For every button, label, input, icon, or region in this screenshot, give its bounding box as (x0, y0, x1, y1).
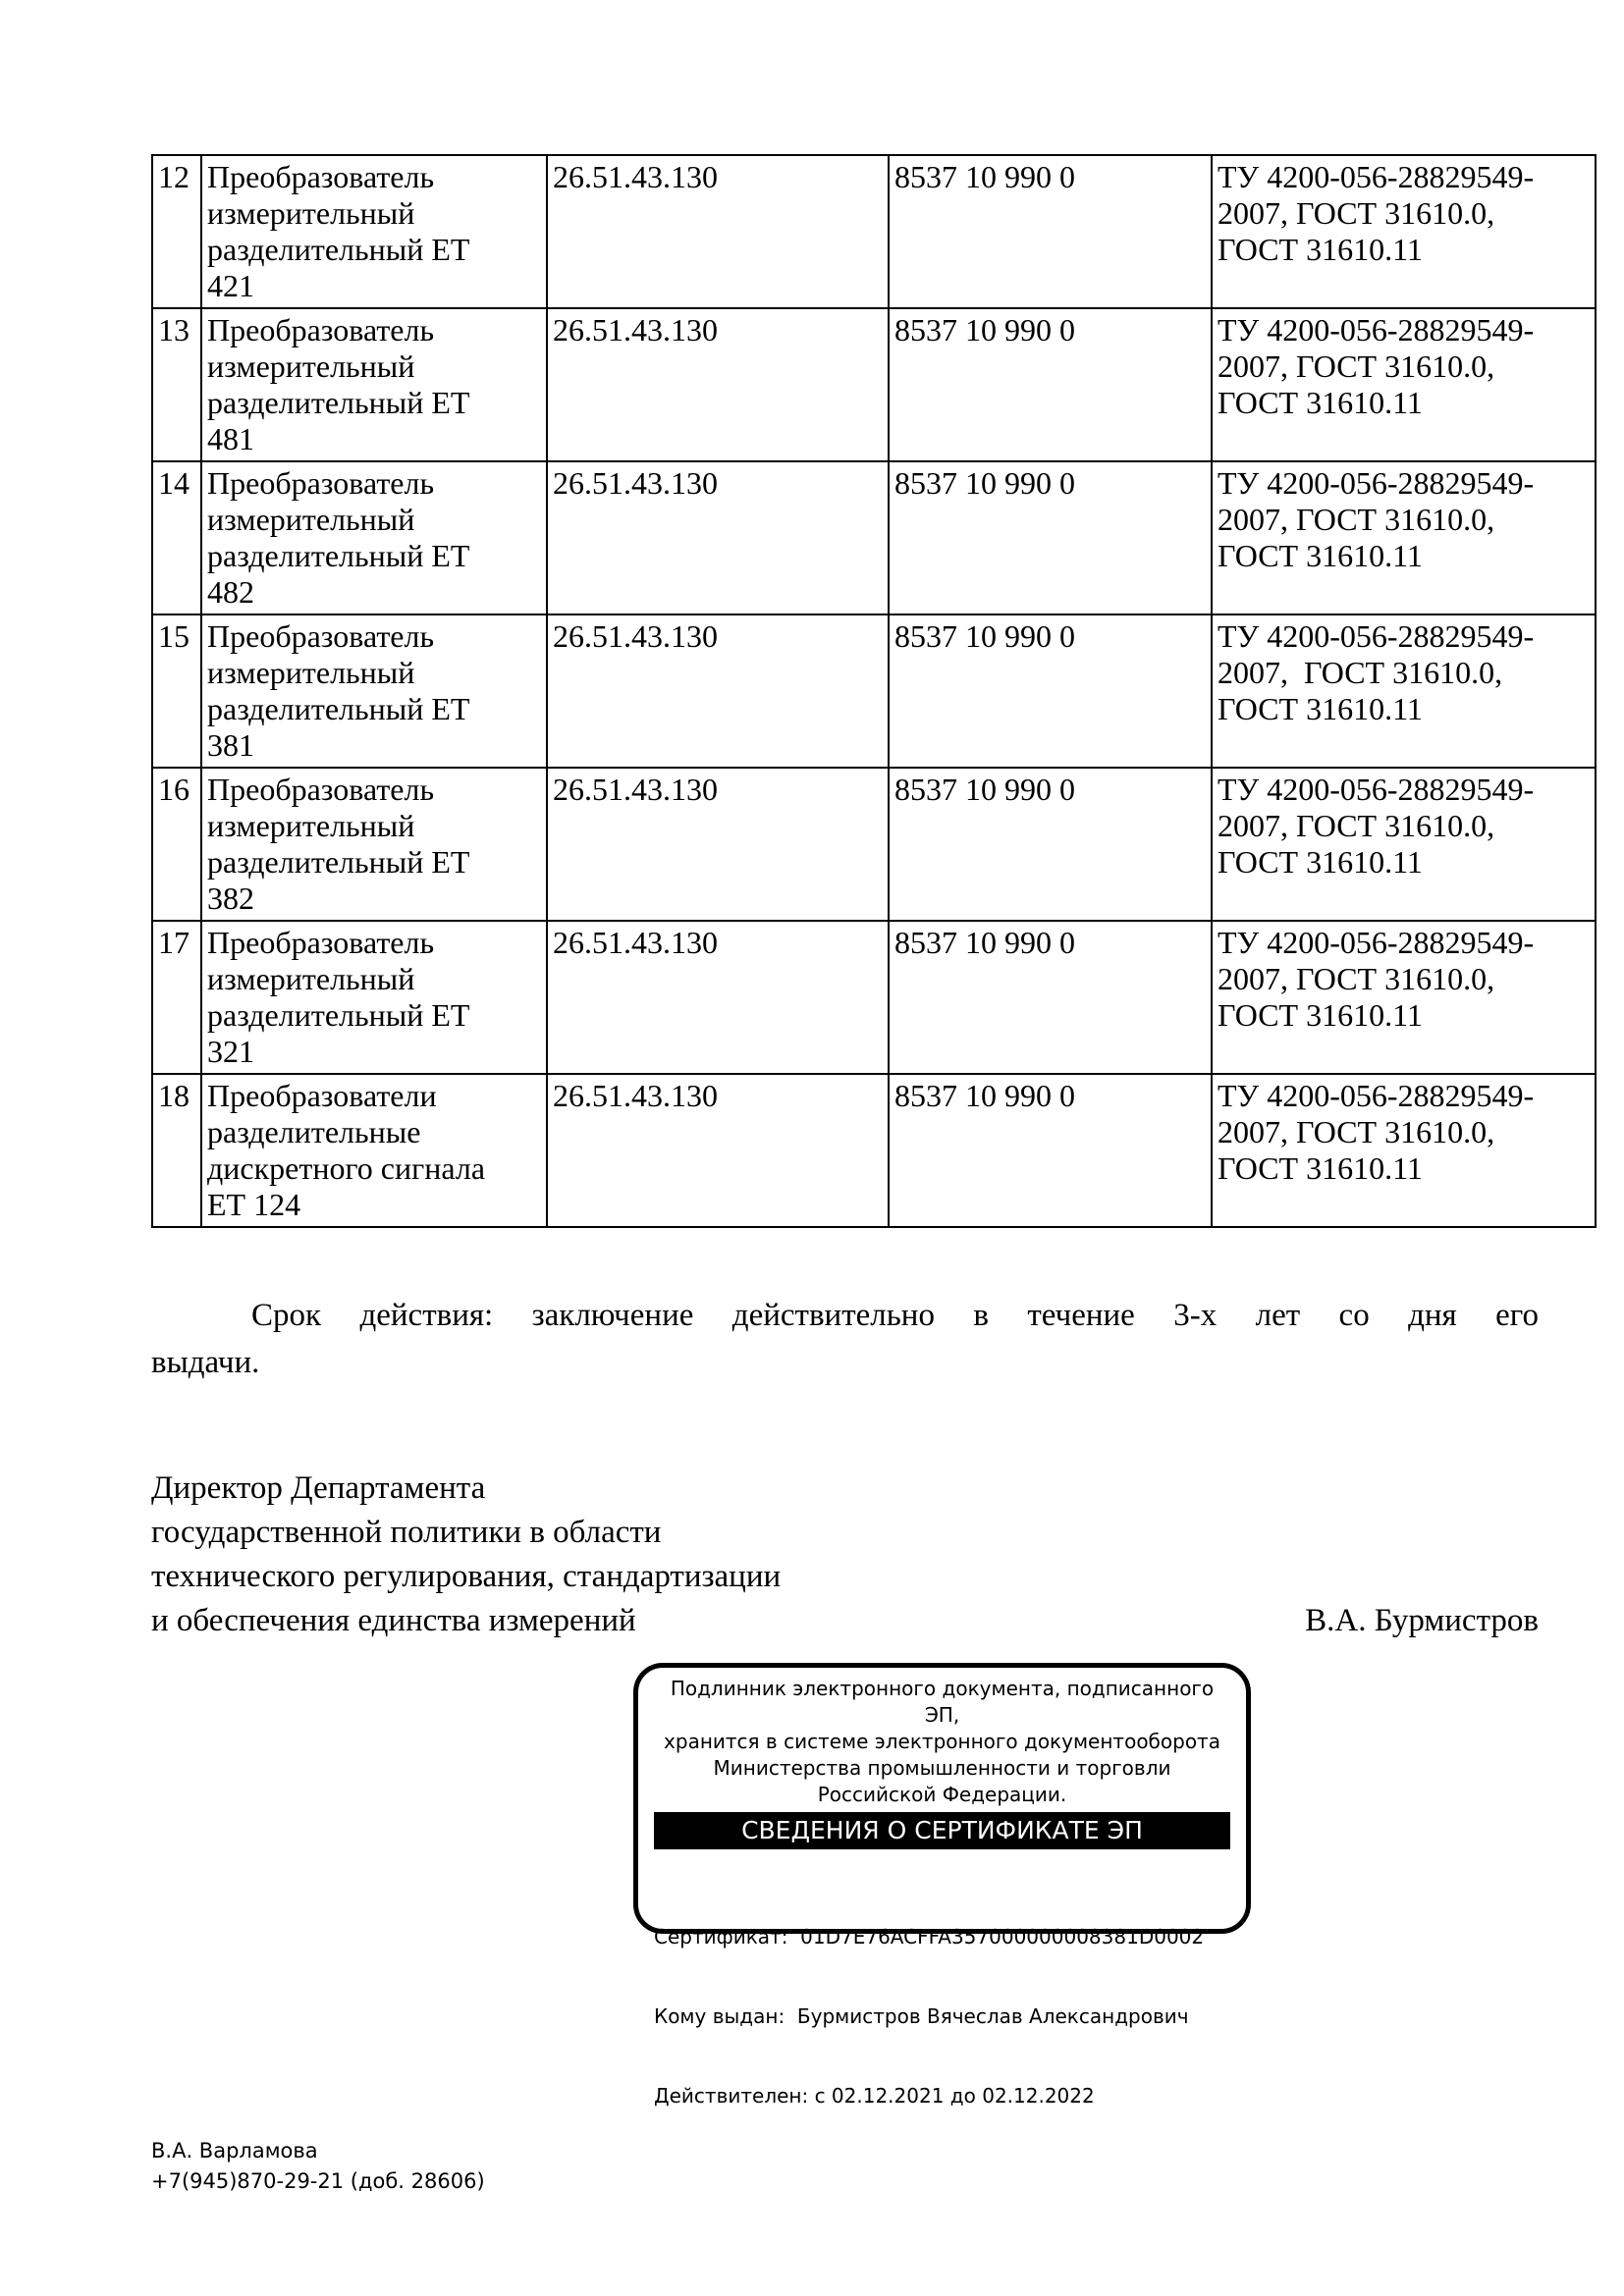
certificate-info-bar: СВЕДЕНИЯ О СЕРТИФИКАТЕ ЭП (654, 1812, 1230, 1849)
table-row: 14 Преобразователь измерительный раздели… (152, 461, 1596, 614)
products-table: 12 Преобразователь измерительный раздели… (151, 154, 1597, 1228)
certificate-validity-line: Действителен: с 02.12.2021 до 02.12.2022 (654, 2083, 1230, 2109)
specs-cell: ТУ 4200-056-28829549- 2007, ГОСТ 31610.0… (1212, 461, 1596, 614)
okpd2-code-cell: 26.51.43.130 (547, 1074, 889, 1227)
signatory-title-line: технического регулирования, стандартизац… (151, 1555, 1539, 1599)
specs-cell: ТУ 4200-056-28829549- 2007, ГОСТ 31610.0… (1212, 155, 1596, 308)
signatory-name: В.А. Бурмистров (1305, 1599, 1539, 1643)
product-name-cell: Преобразователь измерительный разделител… (201, 461, 547, 614)
validity-paragraph: Срок действия: заключение действительно … (151, 1292, 1539, 1386)
tnved-code-cell: 8537 10 990 0 (889, 921, 1212, 1074)
product-name-cell: Преобразователь измерительный разделител… (201, 155, 547, 308)
specs-cell: ТУ 4200-056-28829549- 2007, ГОСТ 31610.0… (1212, 308, 1596, 461)
certificate-owner-line: Кому выдан: Бурмистров Вячеслав Александ… (654, 2003, 1230, 2030)
specs-cell: ТУ 4200-056-28829549- 2007, ГОСТ 31610.0… (1212, 614, 1596, 768)
table-row: 18 Преобразователи разделительные дискре… (152, 1074, 1596, 1227)
stamp-header-line: Российской Федерации. (654, 1782, 1230, 1808)
tnved-code-cell: 8537 10 990 0 (889, 614, 1212, 768)
table-row: 16 Преобразователь измерительный раздели… (152, 768, 1596, 921)
esignature-stamp: Подлинник электронного документа, подпис… (633, 1663, 1251, 1934)
signatory-title-line: и обеспечения единства измерений (151, 1599, 636, 1643)
stamp-header: Подлинник электронного документа, подпис… (654, 1676, 1230, 1808)
tnved-code-cell: 8537 10 990 0 (889, 768, 1212, 921)
tnved-code-cell: 8537 10 990 0 (889, 155, 1212, 308)
certificate-serial-line: Сертификат: 01D7E76ACFFA357000000008381D… (654, 1924, 1230, 1950)
specs-cell: ТУ 4200-056-28829549- 2007, ГОСТ 31610.0… (1212, 921, 1596, 1074)
row-number-cell: 14 (152, 461, 201, 614)
product-name-cell: Преобразователь измерительный разделител… (201, 614, 547, 768)
table-row: 17 Преобразователь измерительный раздели… (152, 921, 1596, 1074)
validity-line-2: выдачи. (151, 1339, 1539, 1386)
table-row: 13 Преобразователь измерительный раздели… (152, 308, 1596, 461)
product-name-cell: Преобразователь измерительный разделител… (201, 921, 547, 1074)
stamp-header-line: Подлинник электронного документа, подпис… (654, 1676, 1230, 1729)
row-number-cell: 17 (152, 921, 201, 1074)
certificate-details: Сертификат: 01D7E76ACFFA357000000008381D… (654, 1871, 1230, 2163)
stamp-header-line: Министерства промышленности и торговли (654, 1755, 1230, 1782)
specs-cell: ТУ 4200-056-28829549- 2007, ГОСТ 31610.0… (1212, 1074, 1596, 1227)
row-number-cell: 12 (152, 155, 201, 308)
okpd2-code-cell: 26.51.43.130 (547, 155, 889, 308)
row-number-cell: 16 (152, 768, 201, 921)
contact-footer: В.А. Варламова +7(945)870-29-21 (доб. 28… (151, 2136, 485, 2197)
row-number-cell: 13 (152, 308, 201, 461)
product-name-cell: Преобразователи разделительные дискретно… (201, 1074, 547, 1227)
document-page: 12 Преобразователь измерительный раздели… (0, 0, 1624, 2296)
row-number-cell: 18 (152, 1074, 201, 1227)
tnved-code-cell: 8537 10 990 0 (889, 461, 1212, 614)
contact-phone: +7(945)870-29-21 (доб. 28606) (151, 2166, 485, 2197)
okpd2-code-cell: 26.51.43.130 (547, 308, 889, 461)
stamp-header-line: хранится в системе электронного документ… (654, 1729, 1230, 1755)
validity-line-1: Срок действия: заключение действительно … (151, 1292, 1539, 1339)
contact-name: В.А. Варламова (151, 2136, 485, 2166)
okpd2-code-cell: 26.51.43.130 (547, 614, 889, 768)
okpd2-code-cell: 26.51.43.130 (547, 768, 889, 921)
specs-cell: ТУ 4200-056-28829549- 2007, ГОСТ 31610.0… (1212, 768, 1596, 921)
okpd2-code-cell: 26.51.43.130 (547, 461, 889, 614)
product-name-cell: Преобразователь измерительный разделител… (201, 308, 547, 461)
signatory-title-line: Директор Департамента (151, 1467, 1539, 1511)
table-row: 15 Преобразователь измерительный раздели… (152, 614, 1596, 768)
product-name-cell: Преобразователь измерительный разделител… (201, 768, 547, 921)
signatory-title-line: государственной политики в области (151, 1511, 1539, 1555)
table-row: 12 Преобразователь измерительный раздели… (152, 155, 1596, 308)
row-number-cell: 15 (152, 614, 201, 768)
tnved-code-cell: 8537 10 990 0 (889, 1074, 1212, 1227)
signature-block: Директор Департамента государственной по… (151, 1467, 1539, 1643)
okpd2-code-cell: 26.51.43.130 (547, 921, 889, 1074)
tnved-code-cell: 8537 10 990 0 (889, 308, 1212, 461)
